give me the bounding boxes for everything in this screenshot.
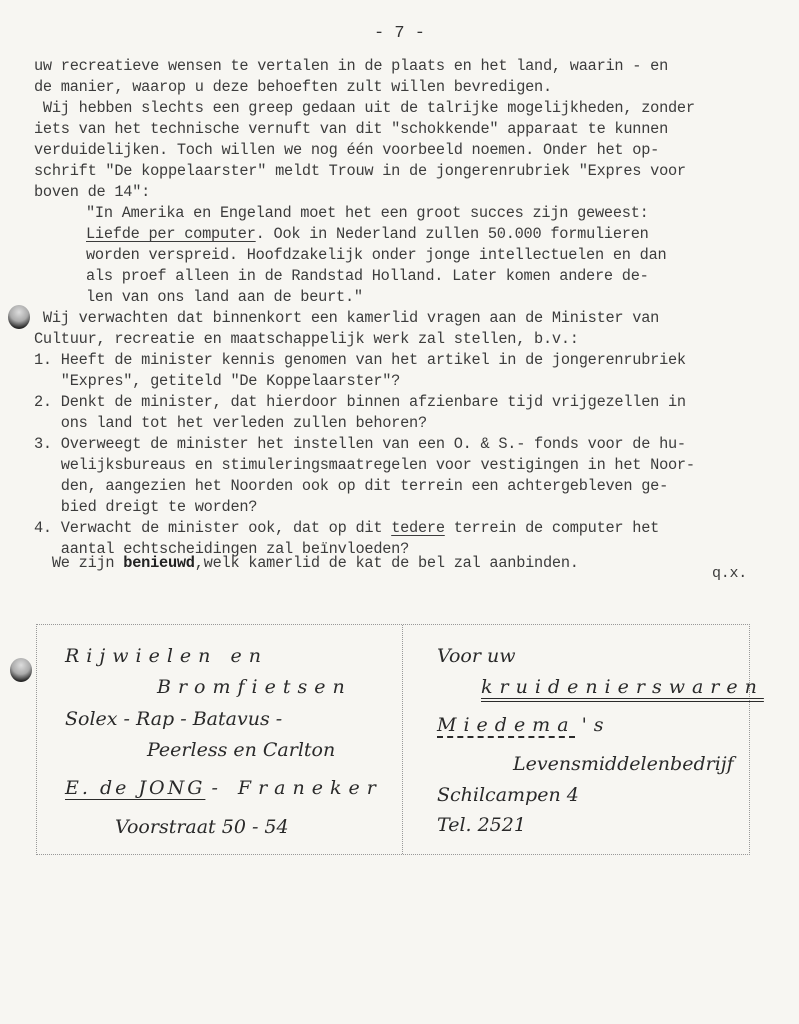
- closing-line: We zijn benieuwd,welk kamerlid de kat de…: [34, 553, 579, 574]
- underlined-word: tedere: [391, 519, 445, 537]
- advertisement-box: Rijwielen en Bromfietsen Solex - Rap - B…: [36, 624, 750, 855]
- ad-shop-name: Miedema: [437, 714, 576, 736]
- signature: q.x.: [712, 563, 747, 584]
- underlined-phrase: Liefde per computer: [86, 225, 256, 243]
- punch-hole-bottom: [10, 658, 32, 682]
- page-number: - 7 -: [0, 24, 799, 43]
- ad-owner: E. de JONG: [65, 777, 205, 799]
- punch-hole-top: [8, 305, 30, 329]
- ad-divider: [402, 625, 403, 854]
